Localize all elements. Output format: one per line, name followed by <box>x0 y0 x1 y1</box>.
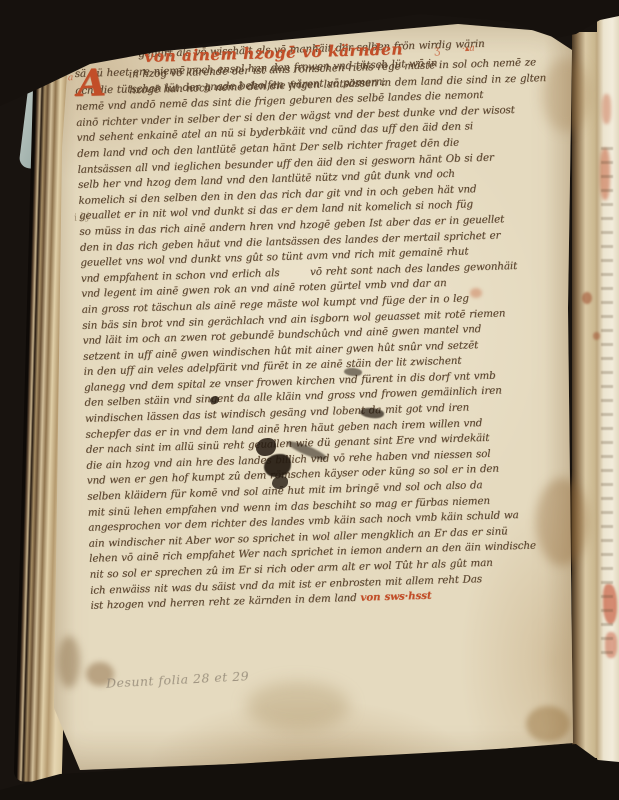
stain <box>58 636 80 688</box>
text-block: geburt als vō wisshäit als vō manhäit de… <box>74 34 569 615</box>
rubric-mark: ·▴a <box>462 44 475 55</box>
red-ink-smudge <box>602 94 611 124</box>
guide-letter: a <box>68 73 74 83</box>
manuscript-page: geburt als vō wisshäit als vō manhäit de… <box>38 8 582 776</box>
stain <box>526 706 570 742</box>
stain <box>536 478 588 566</box>
stain <box>593 332 600 340</box>
stain <box>246 682 350 730</box>
flyleaf-strip <box>597 16 619 764</box>
stain <box>582 292 592 304</box>
stain <box>470 288 482 298</box>
rubric-text: von sws·hsst <box>360 590 432 604</box>
heading-flourish: ʒ <box>408 43 441 57</box>
ghost-text-edge <box>601 136 613 656</box>
body-block: a A in hzog vō kärende der ist ains röms… <box>75 55 569 615</box>
manuscript-photo: geburt als vō wisshäit als vō manhäit de… <box>0 0 619 800</box>
margin-mark: i kj <box>73 211 90 224</box>
stain <box>542 58 590 132</box>
